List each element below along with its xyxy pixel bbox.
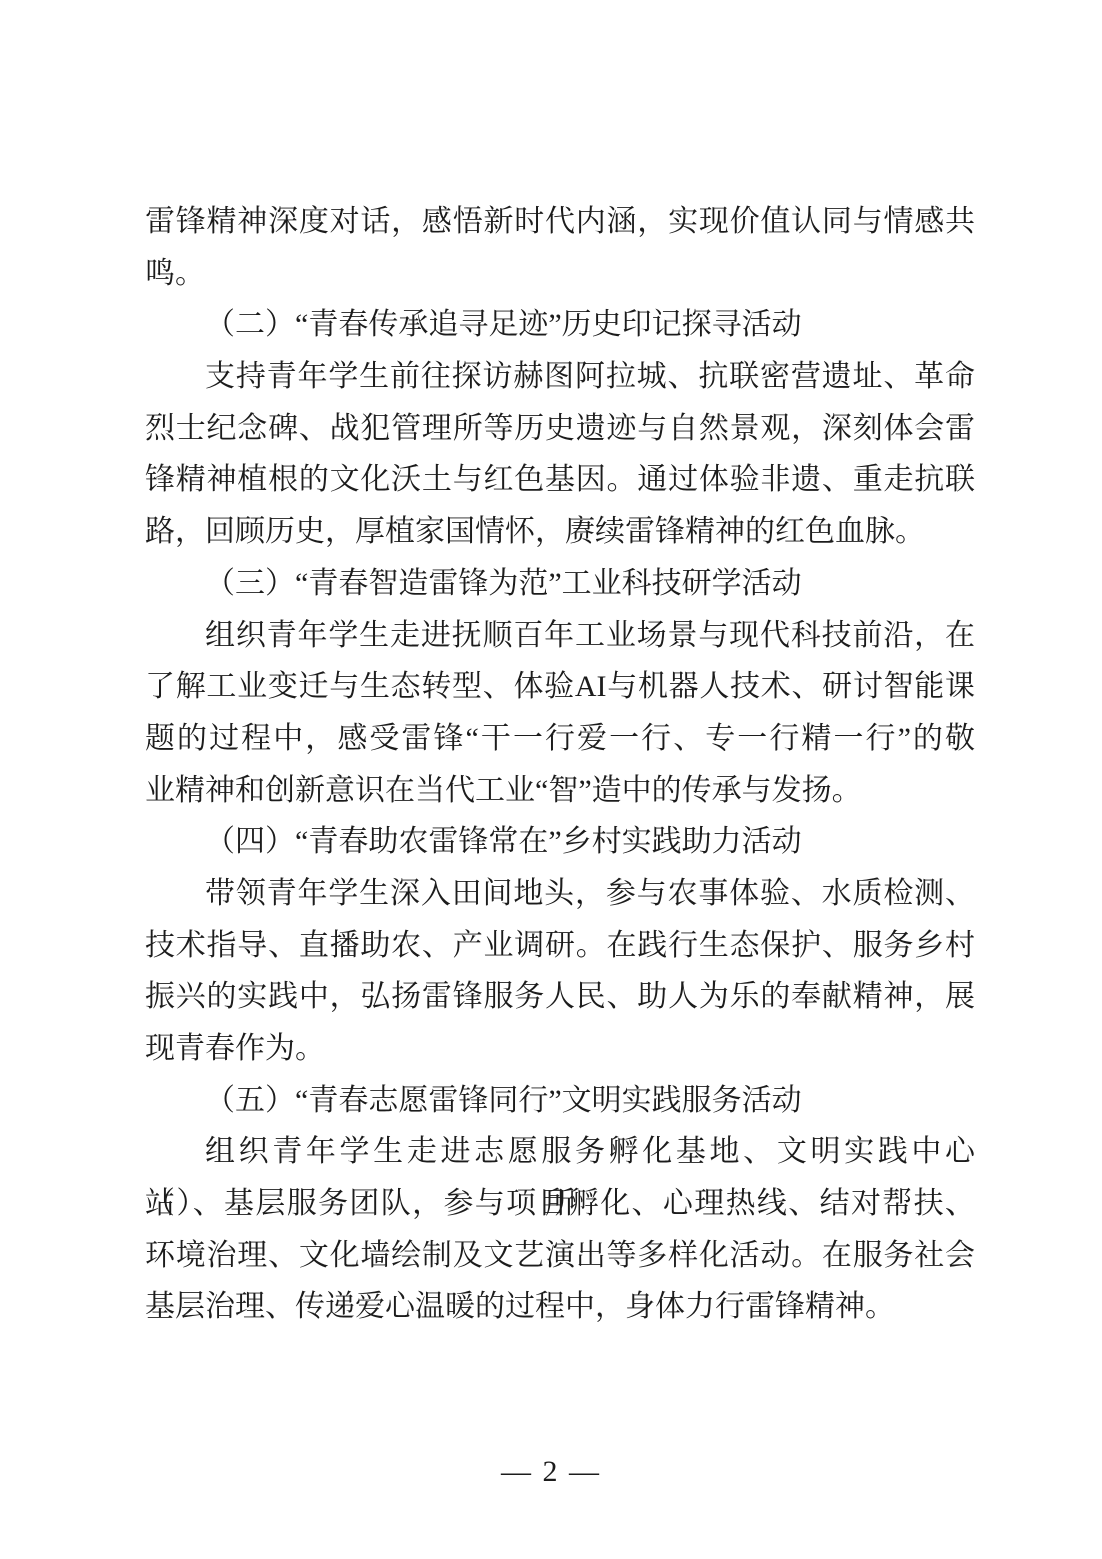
section-heading: （五）“青春志愿雷锋同行”文明实践服务活动: [145, 1075, 975, 1127]
text-line: 组织青年学生走进志愿服务孵化基地、文明实践中心（所、: [145, 1126, 975, 1178]
text-line: 了解工业变迁与生态转型、体验AI与机器人技术、研讨智能课: [145, 661, 975, 713]
text-line: 技术指导、直播助农、产业调研。在践行生态保护、服务乡村: [145, 920, 975, 972]
text-line: 支持青年学生前往探访赫图阿拉城、抗联密营遗址、革命: [145, 351, 975, 403]
text-line: 鸣。: [145, 248, 975, 300]
text-line: 环境治理、文化墙绘制及文艺演出等多样化活动。在服务社会: [145, 1230, 975, 1282]
text-line: 现青春作为。: [145, 1023, 975, 1075]
section-heading: （二）“青春传承追寻足迹”历史印记探寻活动: [145, 299, 975, 351]
document-body: 雷锋精神深度对话，感悟新时代内涵，实现价值认同与情感共 鸣。 （二）“青春传承追…: [145, 196, 975, 1333]
text-line: 锋精神植根的文化沃土与红色基因。通过体验非遗、重走抗联: [145, 454, 975, 506]
text-line: 路，回顾历史，厚植家国情怀，赓续雷锋精神的红色血脉。: [145, 506, 975, 558]
text-line: 业精神和创新意识在当代工业“智”造中的传承与发扬。: [145, 765, 975, 817]
section-heading: （四）“青春助农雷锋常在”乡村实践助力活动: [145, 816, 975, 868]
text-line: 组织青年学生走进抚顺百年工业场景与现代科技前沿，在: [145, 610, 975, 662]
document-page: 雷锋精神深度对话，感悟新时代内涵，实现价值认同与情感共 鸣。 （二）“青春传承追…: [0, 0, 1102, 1559]
text-line: 雷锋精神深度对话，感悟新时代内涵，实现价值认同与情感共: [145, 196, 975, 248]
text-line: 题的过程中，感受雷锋“干一行爱一行、专一行精一行”的敬: [145, 713, 975, 765]
text-line: 带领青年学生深入田间地头，参与农事体验、水质检测、: [145, 868, 975, 920]
text-line: 站）、基层服务团队，参与项目孵化、心理热线、结对帮扶、: [145, 1178, 975, 1230]
text-line: 基层治理、传递爱心温暖的过程中，身体力行雷锋精神。: [145, 1281, 975, 1333]
section-heading: （三）“青春智造雷锋为范”工业科技研学活动: [145, 558, 975, 610]
text-line: 烈士纪念碑、战犯管理所等历史遗迹与自然景观，深刻体会雷: [145, 403, 975, 455]
text-line: 振兴的实践中，弘扬雷锋服务人民、助人为乐的奉献精神，展: [145, 971, 975, 1023]
page-number: — 2 —: [0, 1452, 1102, 1492]
